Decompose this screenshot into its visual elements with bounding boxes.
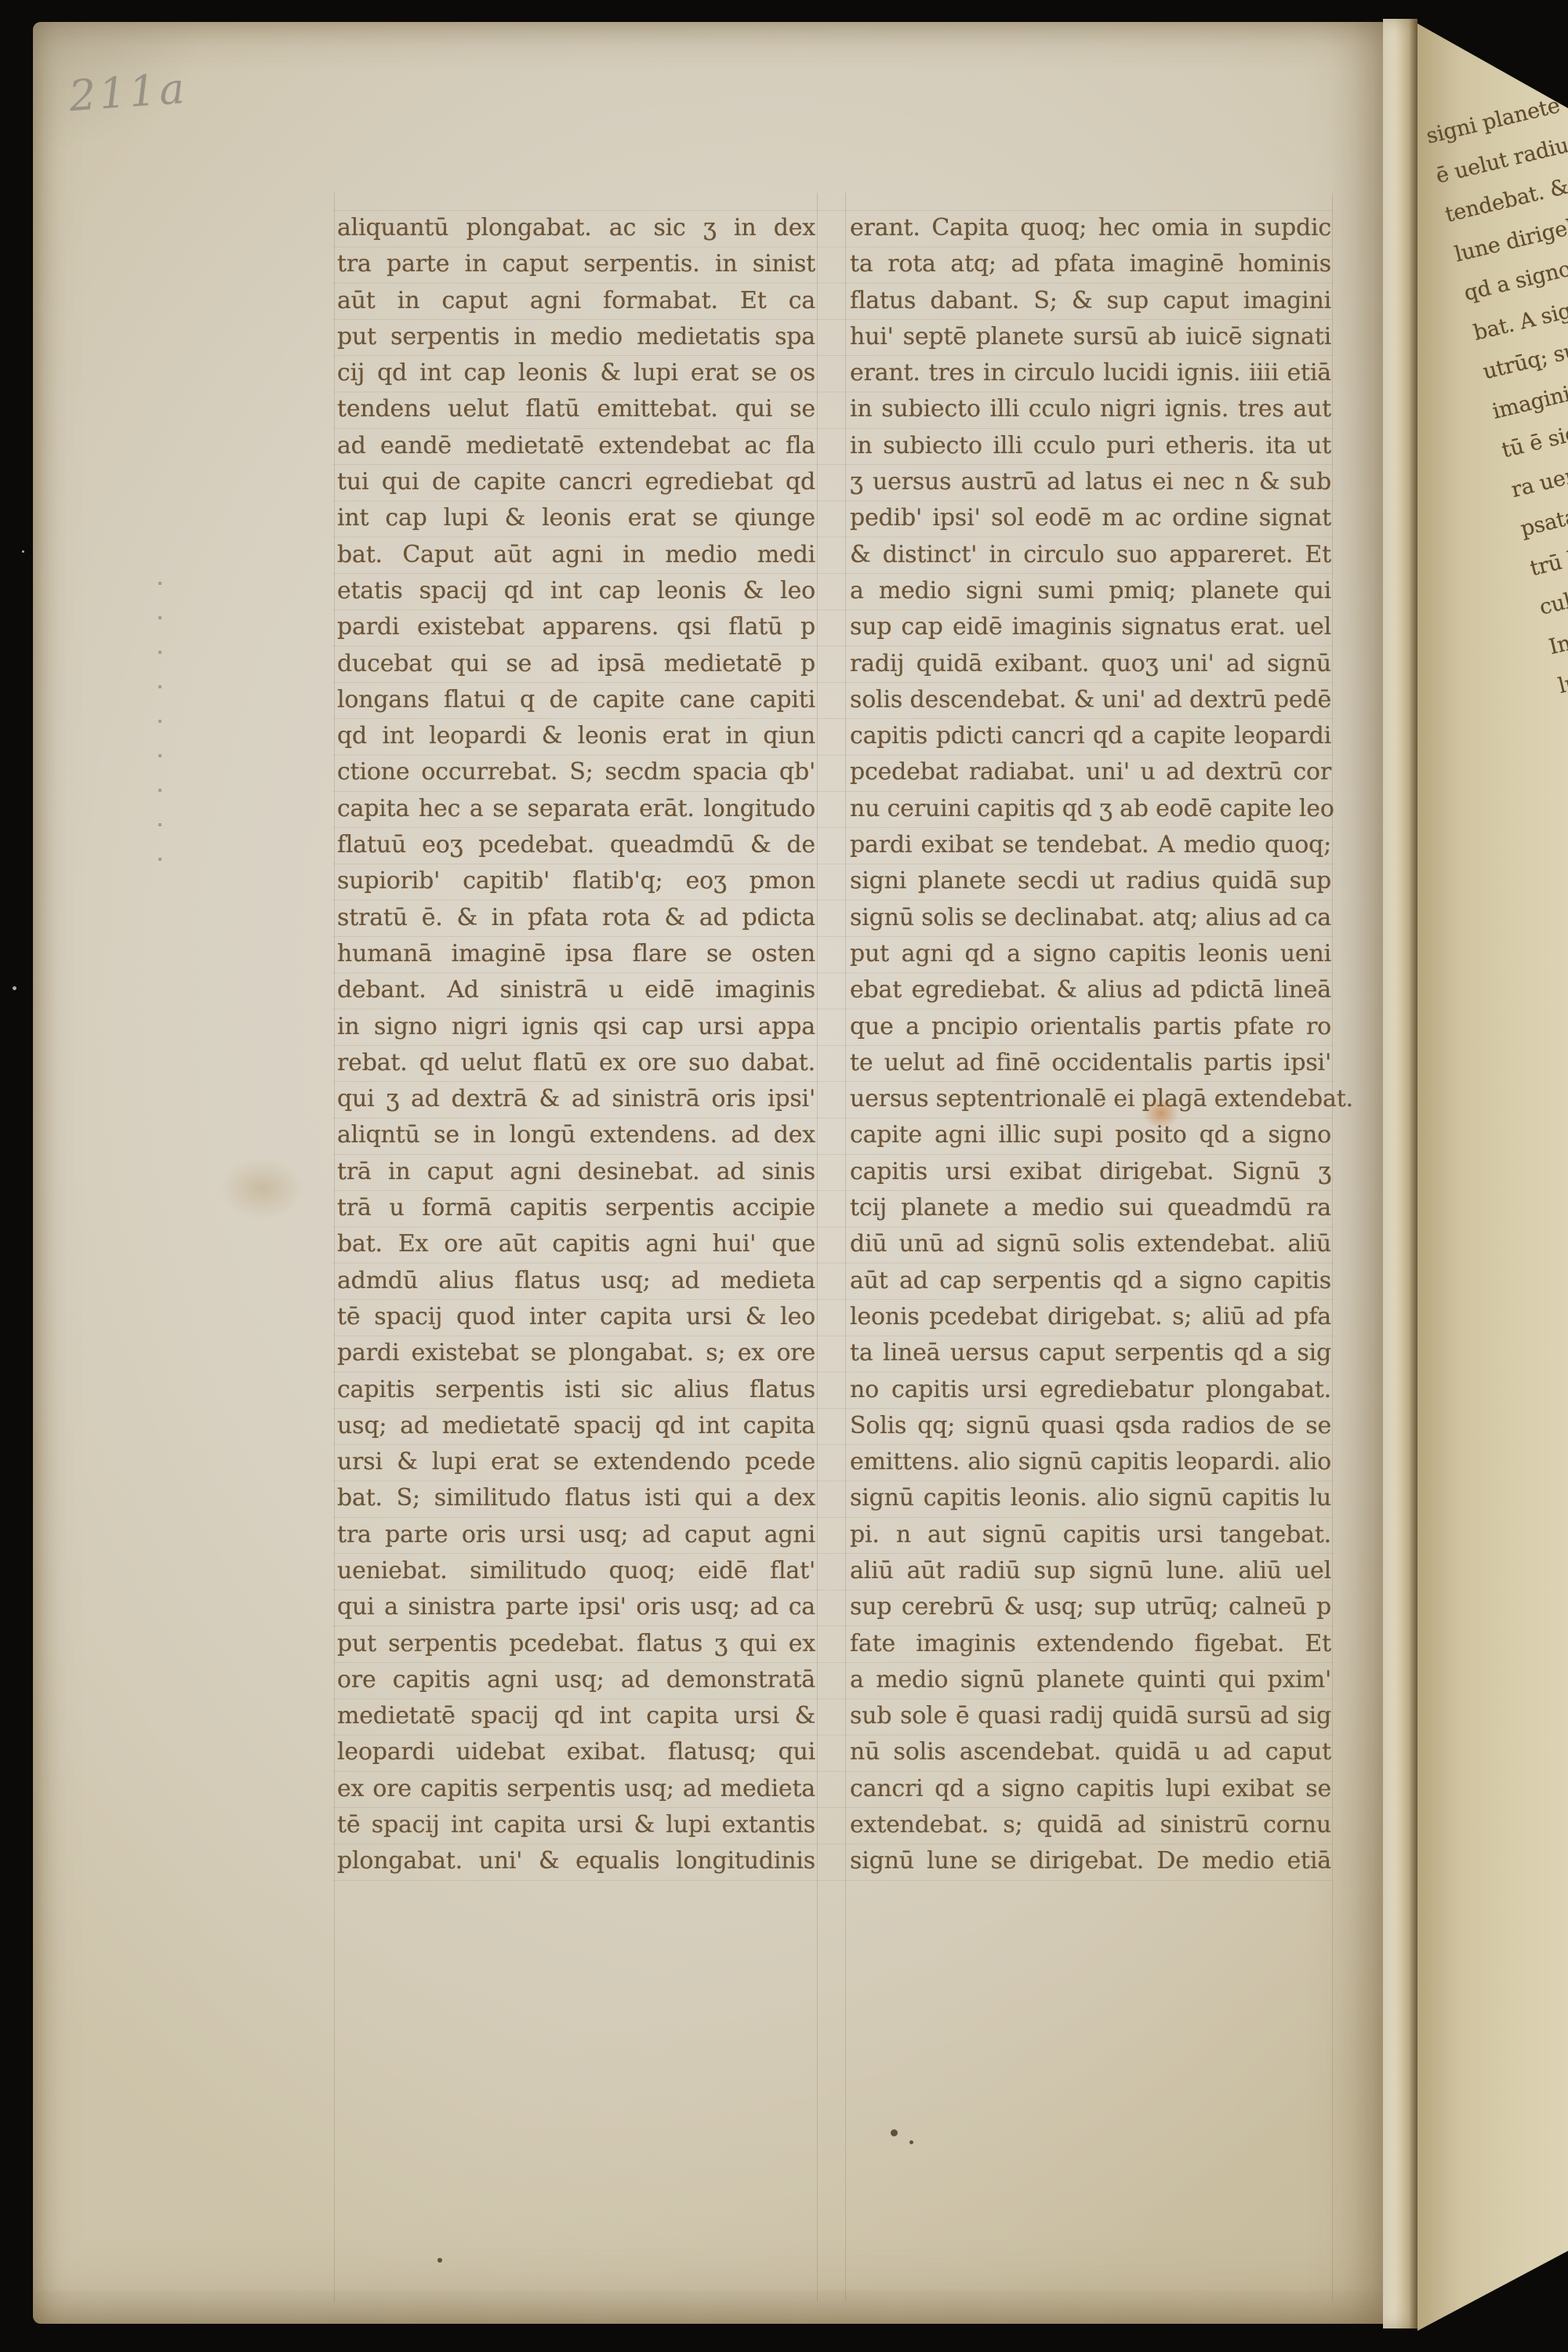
text-line: int cap lupi & leonis erat se qiunge [337,500,815,536]
text-line: qd int leopardi & leonis erat in qiun [337,718,815,754]
text-line: ursi & lupi erat se extendendo pcede [337,1444,815,1480]
text-line: supiorib' capitib' flatib'q; eoʒ pmon [337,863,815,899]
text-line: humanā imaginē ipsa flare se osten [337,936,815,972]
text-line: etatis spacij qd int cap leonis & leo [337,573,815,609]
text-line: signū capitis leonis. alio signū capitis… [850,1480,1331,1516]
text-line: tui qui de capite cancri egrediebat qd [337,464,815,500]
text-line: aūt ad cap serpentis qd a signo capitis [850,1263,1331,1299]
text-line: longans flatui q de capite cane capiti [337,682,815,718]
text-line: plongabat. uni' & equalis longitudinis [337,1843,815,1879]
text-line: capita hec a se separata erāt. longitudo [337,791,815,827]
text-line: ueniebat. similitudo quoq; eidē flat' [337,1553,815,1589]
text-line: emittens. alio signū capitis leopardi. a… [850,1444,1331,1480]
text-line: capite agni illic supi posito qd a signo [850,1117,1331,1153]
text-line: flatuū eoʒ pcedebat. queadmdū & de [337,827,815,863]
text-line: hui' septē planete sursū ab iuicē signat… [850,319,1331,355]
column-boundary-line [1332,193,1333,2302]
text-line: tendens uelut flatū emittebat. qui se [337,391,815,427]
column-boundary-line [334,193,335,2302]
facing-page: signi planete sexti quiē uelut radius un… [1417,0,1568,2352]
text-line: ta lineā uersus caput serpentis qd a sig [850,1335,1331,1371]
text-line: flatus dabant. S; & sup caput imagini [850,283,1331,319]
facing-page-text: signi planete sexti quiē uelut radius un… [1422,15,1568,1923]
text-line: pi. n aut signū capitis ursi tangebat. [850,1517,1331,1553]
text-line: pardi exibat se tendebat. A medio quoq; [850,827,1331,863]
text-line: Solis qq; signū quasi qsda radios de se [850,1408,1331,1444]
text-line: aliū aūt radiū sup signū lune. aliū uel [850,1553,1331,1589]
text-line: leonis pcedebat dirigebat. s; aliū ad pf… [850,1299,1331,1335]
text-line: bat. Ex ore aūt capitis agni hui' que [337,1226,815,1262]
text-line: pardi existebat apparens. qsi flatū p [337,609,815,645]
text-line: ducebat qui se ad ipsā medietatē p [337,646,815,682]
text-line: pardi existebat se plongabat. s; ex ore [337,1335,815,1371]
text-line: put serpentis in medio medietatis spa [337,319,815,355]
text-line: nu ceruini capitis qd ʒ ab eodē capite l… [850,791,1331,827]
text-line: ex ore capitis serpentis usq; ad medieta [337,1771,815,1807]
manuscript-photo: 211a aliquantū plongabat. ac sic ʒ in de… [0,0,1568,2352]
text-line: usq; ad medietatē spacij qd int capita [337,1408,815,1444]
text-line: fate imaginis extendendo figebat. Et [850,1626,1331,1662]
text-line: aūt in caput agni formabat. Et ca [337,283,815,319]
text-line: in subiecto illi cculo puri etheris. ita… [850,428,1331,464]
text-line: signū lune se dirigebat. De medio etiā [850,1843,1331,1879]
text-line: ore capitis agni usq; ad demonstratā [337,1662,815,1698]
text-line: radij quidā exibant. quoʒ uni' ad signū [850,646,1331,682]
text-line: bat. Caput aūt agni in medio medi [337,537,815,573]
text-line: solis descendebat. & uni' ad dextrū pedē [850,682,1331,718]
text-line: uersus septentrionalē ei plagā extendeba… [850,1081,1331,1117]
dust-speck [22,550,24,553]
page-fore-edge [1383,19,1417,2328]
text-line: ctione occurrebat. S; secdm spacia qb' [337,754,815,790]
text-line: ebat egrediebat. & alius ad pdictā lineā [850,972,1331,1008]
text-line: stratū ē. & in pfata rota & ad pdicta [337,900,815,936]
text-line: bat. S; similitudo flatus isti qui a dex [337,1480,815,1516]
text-line: tē spacij int capita ursi & lupi extanti… [337,1807,815,1843]
text-line: trā u formā capitis serpentis accipie [337,1190,815,1226]
folio-number: 211a [67,64,189,121]
text-line: debant. Ad sinistrā u eidē imaginis [337,972,815,1008]
text-line: capitis serpentis isti sic alius flatus [337,1372,815,1408]
text-line: cij qd int cap leonis & lupi erat se os [337,355,815,391]
text-line: qui ʒ ad dextrā & ad sinistrā oris ipsi' [337,1081,815,1117]
text-line: tra parte in caput serpentis. in sinist [337,246,815,282]
text-line: extendebat. s; quidā ad sinistrū cornu [850,1807,1331,1843]
text-line: sup cap eidē imaginis signatus erat. uel [850,609,1331,645]
text-line: a medio signū planete quinti qui pxim' [850,1662,1331,1698]
text-line: pedib' ipsi' sol eodē m ac ordine signat [850,500,1331,536]
text-line: ta rota atq; ad pfata imaginē hominis [850,246,1331,282]
column-boundary-line [817,193,818,2302]
text-line: tē spacij quod inter capita ursi & leo [337,1299,815,1335]
text-line: diū unū ad signū solis extendebat. aliū [850,1226,1331,1262]
text-line: capitis ursi exibat dirigebat. Signū ʒ [850,1154,1331,1190]
text-line: pcedebat radiabat. uni' u ad dextrū cor [850,754,1331,790]
text-line: trā in caput agni desinebat. ad sinis [337,1154,815,1190]
text-line: signū solis se declinabat. atq; alius ad… [850,900,1331,936]
text-line: sub sole ē quasi radij quidā sursū ad si… [850,1698,1331,1734]
text-line: admdū alius flatus usq; ad medieta [337,1263,815,1299]
text-line: aliquantū plongabat. ac sic ʒ in dex [337,210,815,246]
text-line: rebat. qd uelut flatū ex ore suo dabat. [337,1045,815,1081]
ink-spot [437,2258,442,2263]
text-line: put serpentis pcedebat. flatus ʒ qui ex [337,1626,815,1662]
text-line: capitis pdicti cancri qd a capite leopar… [850,718,1331,754]
text-line: te uelut ad finē occidentalis partis ips… [850,1045,1331,1081]
text-line: tcij planete a medio sui queadmdū ra [850,1190,1331,1226]
text-line: aliqntū se in longū extendens. ad dex [337,1117,815,1153]
text-column-right: erant. Capita quoq; hec omia in supdicta… [850,210,1331,1880]
text-line: erant. Capita quoq; hec omia in supdic [850,210,1331,246]
text-line: medietatē spacij qd int capita ursi & [337,1698,815,1734]
text-line: ʒ uersus austrū ad latus ei nec n & sub [850,464,1331,500]
text-line: in signo nigri ignis qsi cap ursi appa [337,1009,815,1045]
manuscript-page: 211a aliquantū plongabat. ac sic ʒ in de… [33,22,1383,2324]
text-line: & distinct' in circulo suo appareret. Et [850,537,1331,573]
text-line: erant. tres in circulo lucidi ignis. iii… [850,355,1331,391]
ink-spot [909,2140,913,2144]
column-boundary-line [845,193,846,2302]
text-line: put agni qd a signo capitis leonis ueni [850,936,1331,972]
text-line: que a pncipio orientalis partis pfate ro [850,1009,1331,1045]
ink-spot [891,2129,898,2136]
text-line: no capitis ursi egrediebatur plongabat. [850,1372,1331,1408]
text-line: cancri qd a signo capitis lupi exibat se [850,1771,1331,1807]
text-line: a medio signi sumi pmiq; planete qui [850,573,1331,609]
parchment-stain [220,1157,306,1220]
text-line: ad eandē medietatē extendebat ac fla [337,428,815,464]
text-line: in subiecto illi cculo nigri ignis. tres… [850,391,1331,427]
text-line: nū solis ascendebat. quidā u ad caput [850,1734,1331,1770]
text-line: tra parte oris ursi usq; ad caput agni [337,1517,815,1553]
text-column-left: aliquantū plongabat. ac sic ʒ in dextra … [337,210,815,1880]
text-line: leopardi uidebat exibat. flatusq; qui [337,1734,815,1770]
dust-speck [13,986,16,990]
text-line: sup cerebrū & usq; sup utrūq; calneū p [850,1589,1331,1625]
text-line: signi planete secdi ut radius quidā sup [850,863,1331,899]
pricking-marks [158,582,162,873]
text-line: qui a sinistra parte ipsi' oris usq; ad … [337,1589,815,1625]
